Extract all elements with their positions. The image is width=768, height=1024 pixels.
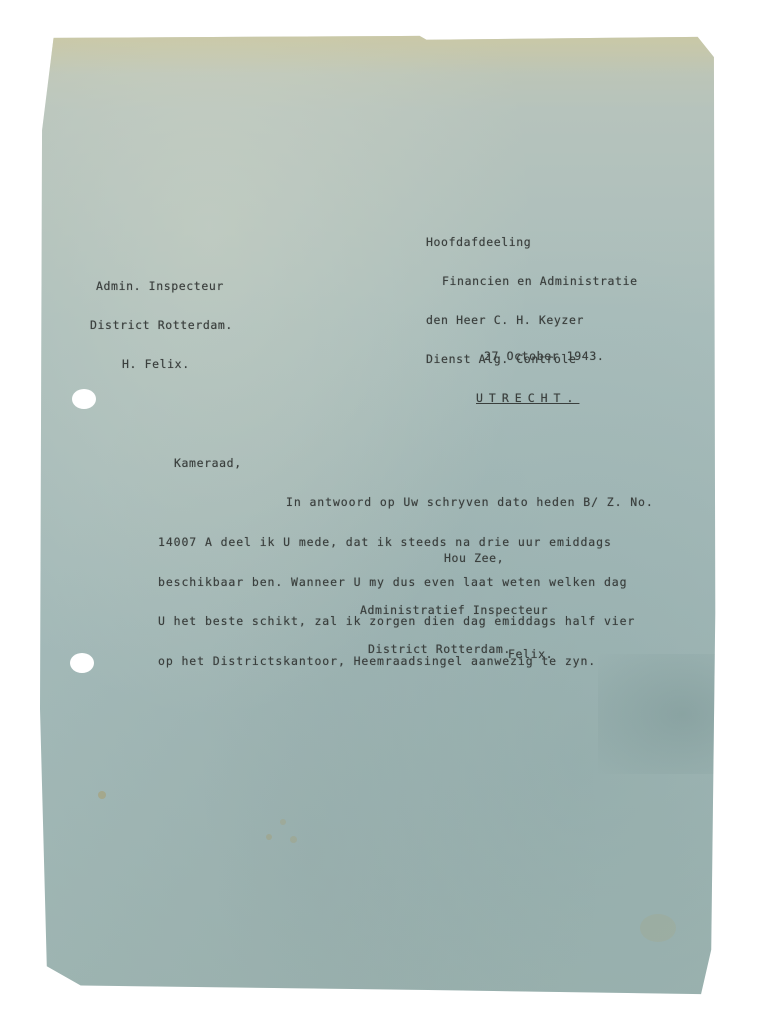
recipient-department: Hoofdafdeeling (426, 236, 638, 249)
recipient-person: den Heer C. H. Keyzer (426, 314, 638, 327)
sender-district: District Rotterdam. (90, 319, 233, 332)
recipient-city: UTRECHT. (426, 392, 638, 405)
paper-yellowed-edge (40, 34, 718, 74)
signature-name: Felix. (508, 648, 553, 661)
sender-block: Admin. Inspecteur District Rotterdam. H.… (90, 254, 233, 397)
water-stain (640, 914, 676, 942)
letter-date: 27 October 1943. (484, 350, 604, 363)
foxing-stain (280, 819, 286, 825)
signature-block: Administratief Inspecteur District Rotte… (360, 578, 548, 682)
foxing-stain (266, 834, 272, 840)
salutation: Kameraad, (174, 457, 242, 470)
foxing-stain (290, 836, 297, 843)
body-line: 14007 A deel ik U mede, dat ik steeds na… (158, 536, 654, 549)
rust-stain (98, 791, 106, 799)
body-line: In antwoord op Uw schryven dato heden B/… (158, 496, 654, 509)
recipient-division: Financien en Administratie (426, 275, 638, 288)
sender-title: Admin. Inspecteur (90, 280, 233, 293)
letter-sheet: Admin. Inspecteur District Rotterdam. H.… (40, 34, 718, 998)
closing: Hou Zee, (444, 552, 504, 565)
scan-page: Admin. Inspecteur District Rotterdam. H.… (0, 0, 768, 1024)
punch-hole-bottom (70, 653, 94, 673)
recipient-block: Hoofdafdeeling Financien en Administrati… (426, 210, 638, 431)
sender-name: H. Felix. (90, 358, 233, 371)
signature-title: Administratief Inspecteur (360, 604, 548, 617)
